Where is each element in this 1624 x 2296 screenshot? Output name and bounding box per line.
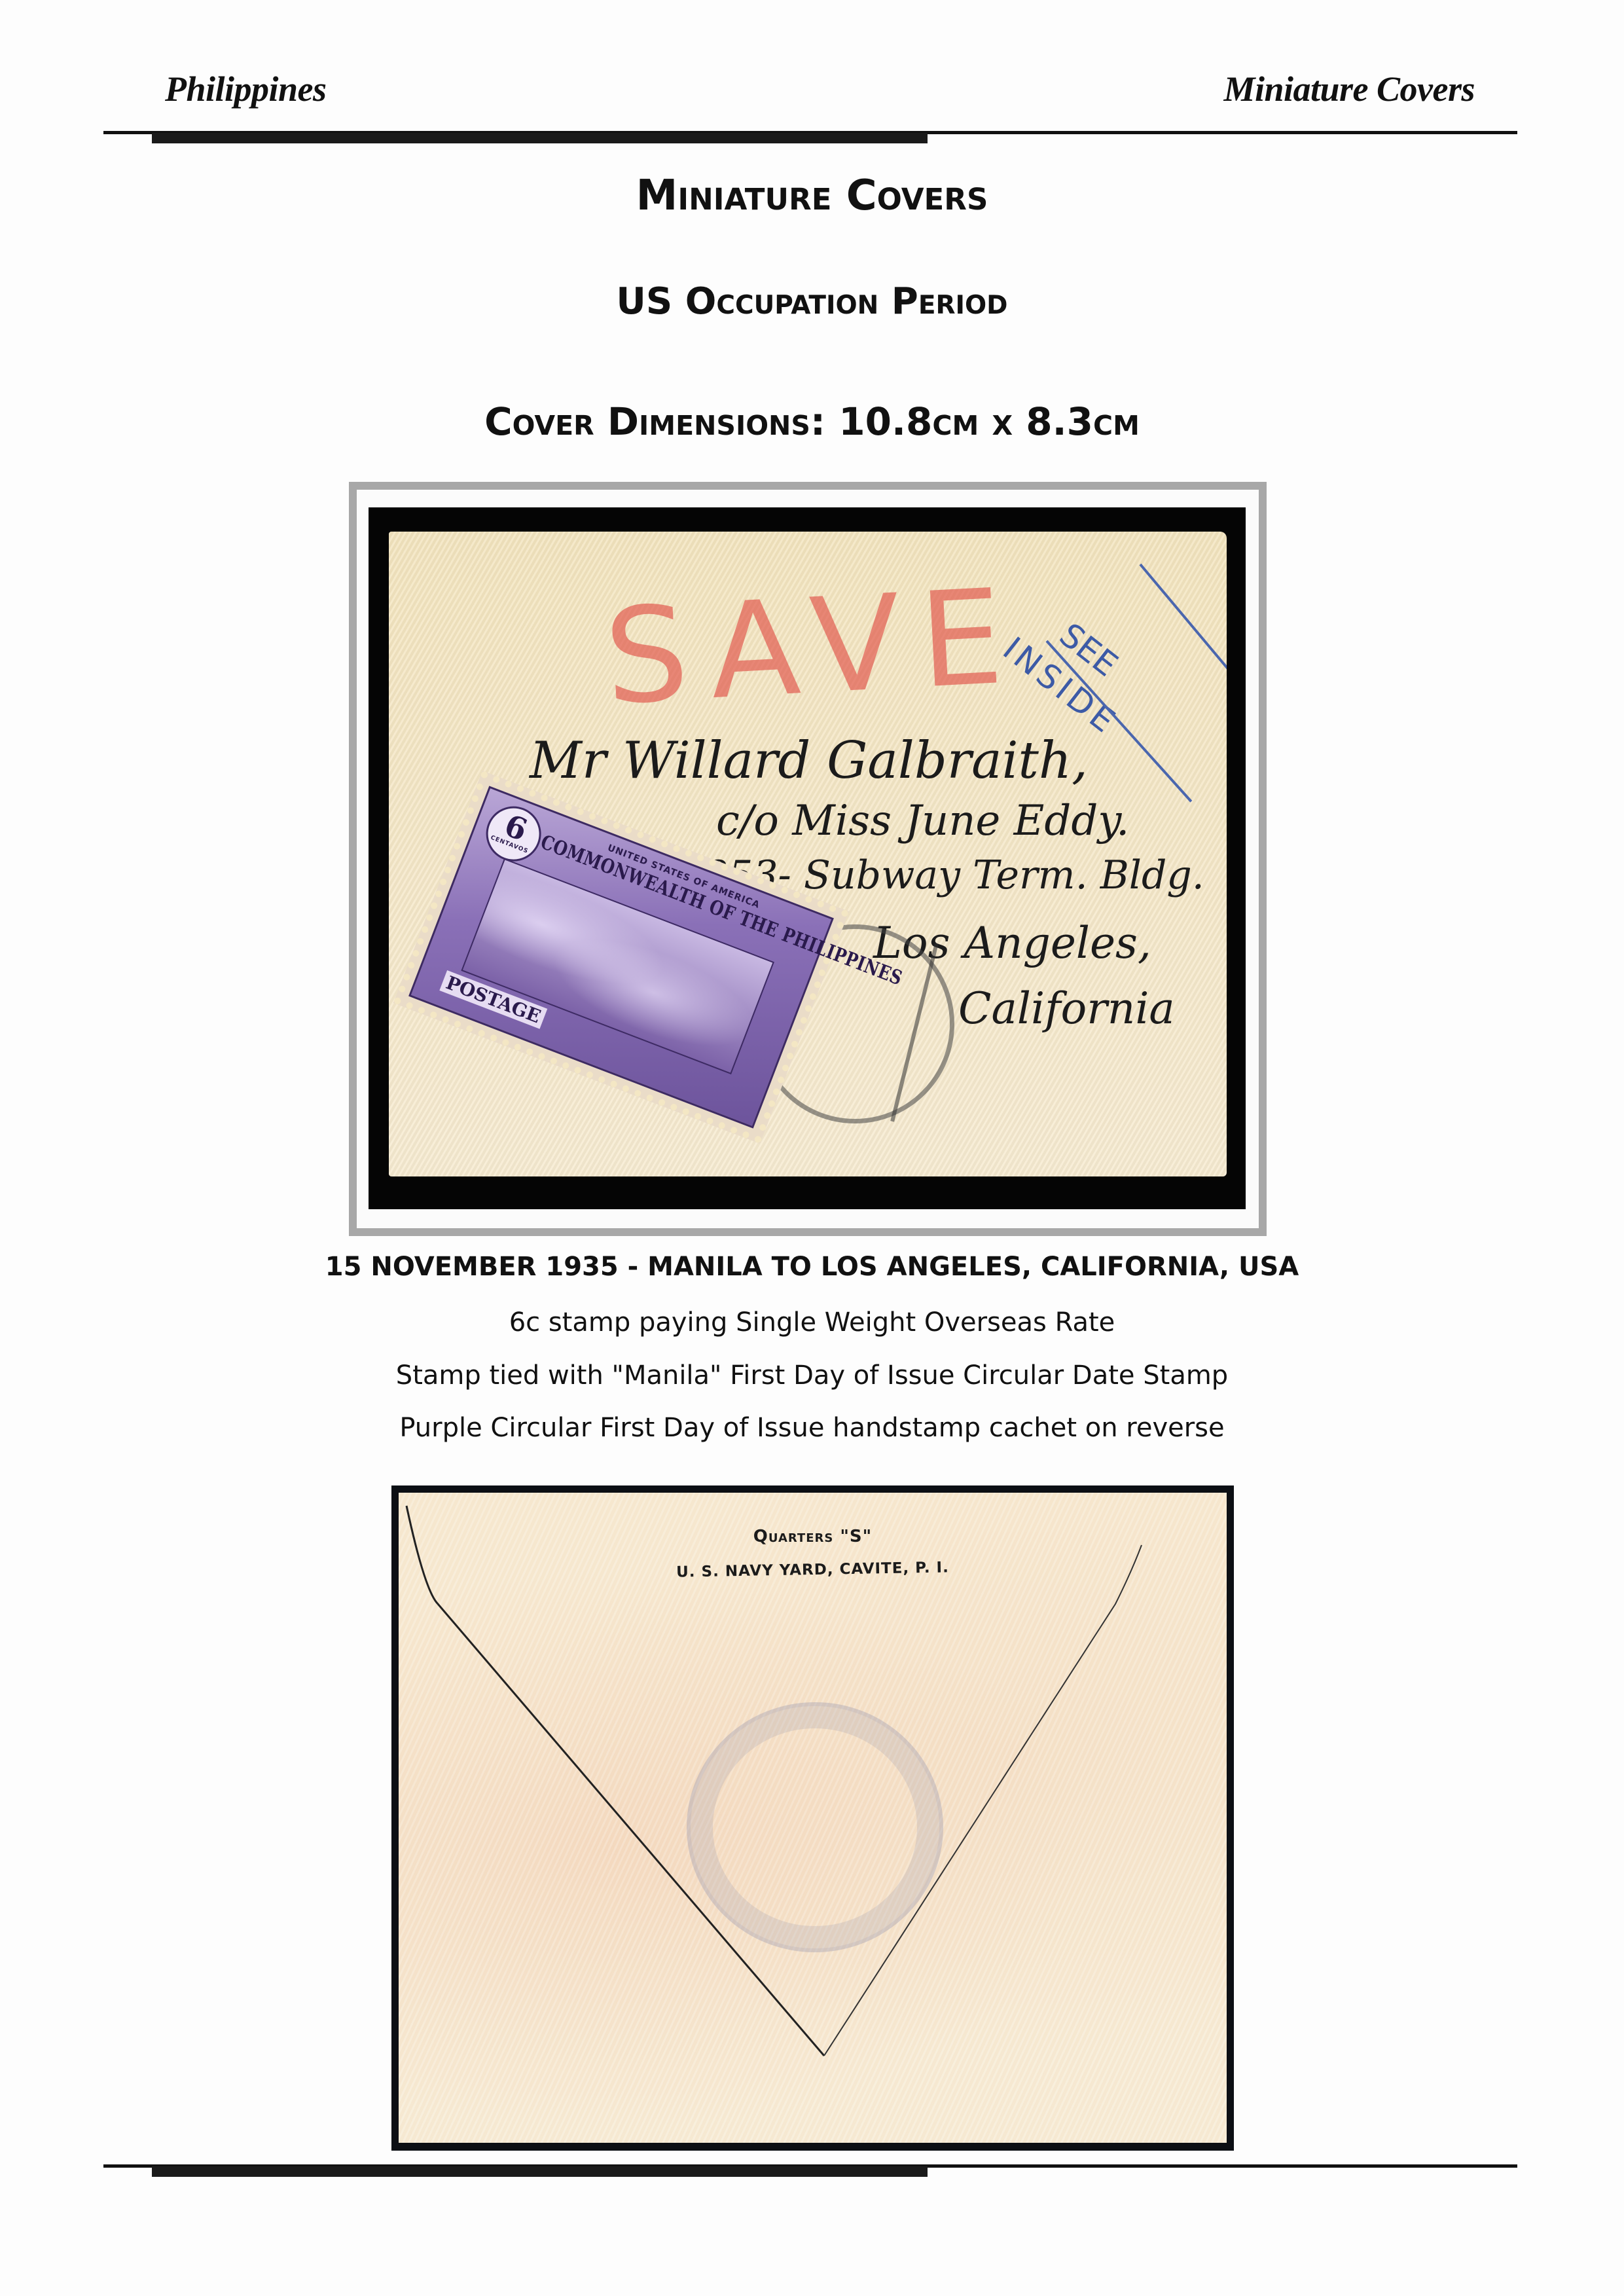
caption-postmark: Stamp tied with "Manila" First Day of Is… xyxy=(0,1360,1624,1391)
stamp-value-circle: 6 CENTAVOS xyxy=(478,798,549,869)
back-cover-envelope[interactable]: Quarters "S" U. S. NAVY YARD, CAVITE, P.… xyxy=(399,1493,1227,2143)
cover-headline: 15 NOVEMBER 1935 - MANILA TO LOS ANGELES… xyxy=(0,1252,1624,1282)
header-rule-thick xyxy=(152,133,928,143)
page-title: Miniature Covers xyxy=(0,172,1624,220)
header-section: Miniature Covers xyxy=(1223,69,1475,109)
purple-cachet-handstamp xyxy=(687,1702,943,1952)
footer-rule-thick xyxy=(152,2166,928,2177)
blue-underline-2 xyxy=(1139,564,1227,676)
save-annotation: SAVE xyxy=(601,560,1026,734)
header-country: Philippines xyxy=(165,69,327,109)
address-line-1: Mr Willard Galbraith, xyxy=(530,731,1088,790)
front-cover-envelope[interactable]: SAVE SEE INSIDE Mr Willard Galbraith, c/… xyxy=(389,532,1227,1176)
address-line-2: c/o Miss June Eddy. xyxy=(716,797,1129,845)
caption-cachet: Purple Circular First Day of Issue hands… xyxy=(0,1413,1624,1443)
address-line-5: California xyxy=(958,983,1175,1034)
cover-dimensions: Cover Dimensions: 10.8cm x 8.3cm xyxy=(0,399,1624,444)
page-subtitle: US Occupation Period xyxy=(0,280,1624,323)
caption-rate: 6c stamp paying Single Weight Overseas R… xyxy=(0,1307,1624,1338)
back-printed-quarters: Quarters "S" xyxy=(399,1527,1227,1546)
